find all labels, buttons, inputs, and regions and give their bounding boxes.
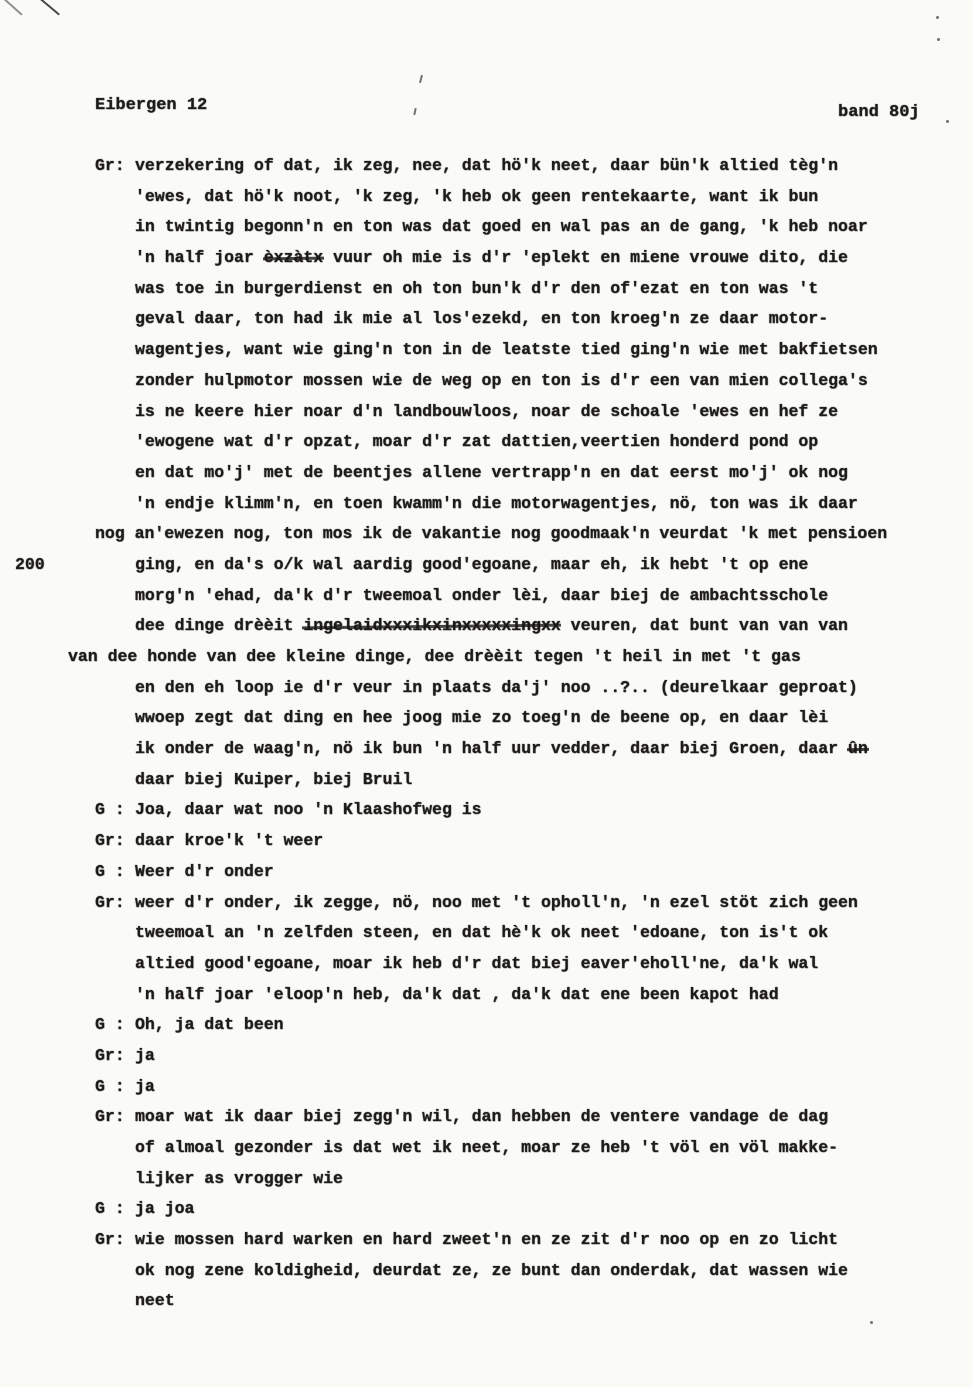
- transcript-line: G :Joa, daar wat noo 'n Klaashofweg is: [0, 795, 973, 826]
- speaker-label: Gr:: [95, 826, 125, 857]
- scan-artifact: [936, 16, 939, 19]
- transcript-line: neet: [0, 1286, 973, 1317]
- line-text: wie mossen hard warken en hard zweet'n e…: [135, 1225, 838, 1256]
- line-text: ja: [135, 1072, 155, 1103]
- transcript-line: Gr:verzekering of dat, ik zeg, nee, dat …: [0, 151, 973, 182]
- line-text: Weer d'r onder: [135, 857, 274, 888]
- line-text: ging, en da's o/k wal aardig good'egoane…: [135, 550, 808, 581]
- transcript-line: 'n half joar èxzàtx vuur oh mie is d'r '…: [0, 243, 973, 274]
- transcript-line: nog an'ewezen nog, ton mos ik de vakanti…: [0, 519, 973, 550]
- transcript-line: G :ja joa: [0, 1194, 973, 1225]
- line-text: was toe in burgerdienst en oh ton bun'k …: [135, 274, 818, 305]
- transcript-line: Gr:wie mossen hard warken en hard zweet'…: [0, 1225, 973, 1256]
- transcript-line: in twintig begonn'n en ton was dat goed …: [0, 212, 973, 243]
- transcript-line: tweemoal an 'n zelfden steen, en dat hè'…: [0, 918, 973, 949]
- line-text: of almoal gezonder is dat wet ik neet, m…: [135, 1133, 838, 1164]
- line-text: 'ewes, dat hö'k noot, 'k zeg, 'k heb ok …: [135, 182, 818, 213]
- line-text: 'ewogene wat d'r opzat, moar d'r zat dat…: [135, 427, 818, 458]
- speaker-label: Gr:: [95, 1225, 125, 1256]
- scan-artifact: [419, 75, 423, 83]
- speaker-label: Gr:: [95, 1041, 125, 1072]
- transcript-line: dee dinge drèèit ingelaidxxxikxinxxxxxin…: [0, 611, 973, 642]
- transcript-line: zonder hulpmotor mossen wie de weg op en…: [0, 366, 973, 397]
- scan-artifact: [870, 1321, 873, 1324]
- line-text: morg'n 'ehad, da'k d'r tweemoal onder lè…: [135, 581, 828, 612]
- line-text: wwoep zegt dat ding en hee joog mie zo t…: [135, 703, 828, 734]
- transcript-line: lijker as vrogger wie: [0, 1164, 973, 1195]
- line-text: 'n endje klimm'n, en toen kwamm'n die mo…: [135, 489, 858, 520]
- line-text: van dee honde van dee kleine dinge, dee …: [68, 642, 801, 673]
- line-text: tweemoal an 'n zelfden steen, en dat hè'…: [135, 918, 828, 949]
- transcript-line: en den eh loop ie d'r veur in plaats da'…: [0, 673, 973, 704]
- transcript-line: 'ewogene wat d'r opzat, moar d'r zat dat…: [0, 427, 973, 458]
- line-text: lijker as vrogger wie: [135, 1164, 343, 1195]
- band-number: band 80j: [838, 103, 920, 122]
- transcript-line: ok nog zene koldigheid, deurdat ze, ze b…: [0, 1256, 973, 1287]
- transcript: Gr:verzekering of dat, ik zeg, nee, dat …: [0, 151, 973, 1317]
- struck-text: èxzàtx: [264, 248, 323, 267]
- transcript-line: is ne keere hier noar d'n landbouwloos, …: [0, 397, 973, 428]
- line-text: 'n half joar èxzàtx vuur oh mie is d'r '…: [135, 243, 848, 274]
- line-text: wagentjes, want wie ging'n ton in de lea…: [135, 335, 878, 366]
- transcript-line: 'n half joar 'eloop'n heb, da'k dat , da…: [0, 980, 973, 1011]
- transcript-line: geval daar, ton had ik mie al los'ezekd,…: [0, 304, 973, 335]
- line-text: geval daar, ton had ik mie al los'ezekd,…: [135, 304, 828, 335]
- line-text: ok nog zene koldigheid, deurdat ze, ze b…: [135, 1256, 848, 1287]
- line-text: ja: [135, 1041, 155, 1072]
- transcript-line: Gr:ja: [0, 1041, 973, 1072]
- speaker-label: G :: [95, 1072, 125, 1103]
- speaker-label: G :: [95, 795, 125, 826]
- line-text: dee dinge drèèit ingelaidxxxikxinxxxxxin…: [135, 611, 848, 642]
- line-text: en dat mo'j' met de beentjes allene vert…: [135, 458, 848, 489]
- scan-artifact: [2, 0, 60, 16]
- line-text: zonder hulpmotor mossen wie de weg op en…: [135, 366, 868, 397]
- speaker-label: G :: [95, 857, 125, 888]
- line-text: in twintig begonn'n en ton was dat goed …: [135, 212, 868, 243]
- speaker-label: Gr:: [95, 151, 125, 182]
- page-title: Eibergen 12: [95, 96, 207, 115]
- transcript-line: wwoep zegt dat ding en hee joog mie zo t…: [0, 703, 973, 734]
- transcript-line: of almoal gezonder is dat wet ik neet, m…: [0, 1133, 973, 1164]
- line-text: moar wat ik daar biej zegg'n wil, dan he…: [135, 1102, 828, 1133]
- transcript-line: was toe in burgerdienst en oh ton bun'k …: [0, 274, 973, 305]
- line-text: altied good'egoane, moar ik heb d'r dat …: [135, 949, 818, 980]
- line-text: ja joa: [135, 1194, 194, 1225]
- transcript-line: altied good'egoane, moar ik heb d'r dat …: [0, 949, 973, 980]
- line-text: en den eh loop ie d'r veur in plaats da'…: [135, 673, 858, 704]
- scan-artifact: [0, 0, 23, 15]
- transcript-line: Gr:moar wat ik daar biej zegg'n wil, dan…: [0, 1102, 973, 1133]
- scan-artifact: [946, 120, 949, 123]
- line-text: is ne keere hier noar d'n landbouwloos, …: [135, 397, 838, 428]
- transcript-line: 'ewes, dat hö'k noot, 'k zeg, 'k heb ok …: [0, 182, 973, 213]
- scan-artifact: [937, 38, 940, 41]
- scanned-page: Eibergen 12 band 80j Gr:verzekering of d…: [0, 0, 973, 1387]
- transcript-line: en dat mo'j' met de beentjes allene vert…: [0, 458, 973, 489]
- line-text: daar kroe'k 't weer: [135, 826, 323, 857]
- scan-artifact: [413, 108, 416, 115]
- line-text: Joa, daar wat noo 'n Klaashofweg is: [135, 795, 482, 826]
- speaker-label: Gr:: [95, 1102, 125, 1133]
- transcript-line: wagentjes, want wie ging'n ton in de lea…: [0, 335, 973, 366]
- struck-text: ingelaidxxxikxinxxxxxingxx: [303, 616, 560, 635]
- speaker-label: Gr:: [95, 888, 125, 919]
- transcript-line: G :ja: [0, 1072, 973, 1103]
- line-text: weer d'r onder, ik zegge, nö, noo met 't…: [135, 888, 858, 919]
- line-text: 'n half joar 'eloop'n heb, da'k dat , da…: [135, 980, 779, 1011]
- transcript-line: 'n endje klimm'n, en toen kwamm'n die mo…: [0, 489, 973, 520]
- line-text: nog an'ewezen nog, ton mos ik de vakanti…: [95, 519, 887, 550]
- speaker-label: G :: [95, 1010, 125, 1041]
- transcript-line: Gr:daar kroe'k 't weer: [0, 826, 973, 857]
- line-text: ik onder de waag'n, nö ik bun 'n half uu…: [135, 734, 868, 765]
- line-text: verzekering of dat, ik zeg, nee, dat hö'…: [135, 151, 838, 182]
- transcript-line: ik onder de waag'n, nö ik bun 'n half uu…: [0, 734, 973, 765]
- speaker-label: G :: [95, 1194, 125, 1225]
- transcript-line: van dee honde van dee kleine dinge, dee …: [0, 642, 973, 673]
- line-text: daar biej Kuiper, biej Bruil: [135, 765, 412, 796]
- transcript-line: G :Oh, ja dat been: [0, 1010, 973, 1041]
- transcript-line: 200ging, en da's o/k wal aardig good'ego…: [0, 550, 973, 581]
- transcript-line: daar biej Kuiper, biej Bruil: [0, 765, 973, 796]
- struck-text: ûn: [848, 739, 868, 758]
- transcript-line: Gr:weer d'r onder, ik zegge, nö, noo met…: [0, 888, 973, 919]
- transcript-line: G :Weer d'r onder: [0, 857, 973, 888]
- line-text: Oh, ja dat been: [135, 1010, 284, 1041]
- transcript-line: morg'n 'ehad, da'k d'r tweemoal onder lè…: [0, 581, 973, 612]
- tape-counter: 200: [15, 550, 45, 581]
- line-text: neet: [135, 1286, 175, 1317]
